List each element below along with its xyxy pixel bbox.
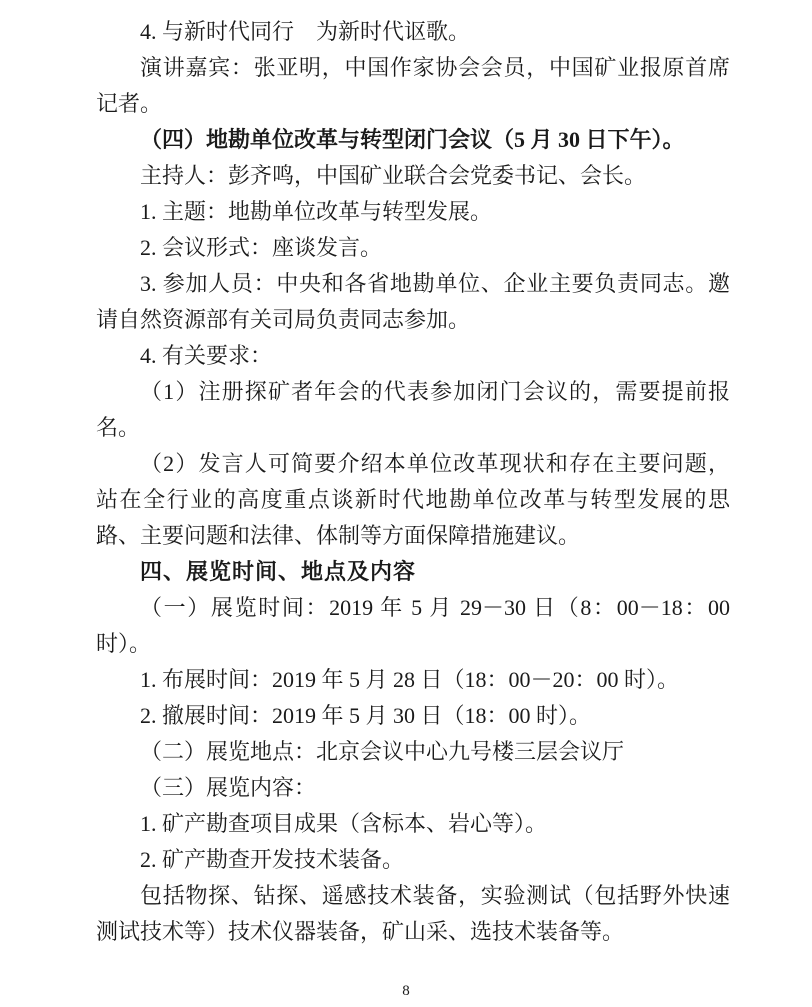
text-line: 路、主要问题和法律、体制等方面保障措施建议。: [96, 518, 730, 554]
text-line: 测试技术等）技术仪器装备，矿山采、选技术装备等。: [96, 914, 730, 950]
document-page: 4. 与新时代同行 为新时代讴歌。 演讲嘉宾：张亚明，中国作家协会会员，中国矿业…: [0, 0, 812, 1007]
text-line: 时）。: [96, 626, 730, 662]
text-line: （2）发言人可简要介绍本单位改革现状和存在主要问题，: [96, 446, 730, 482]
page-number: 8: [0, 982, 812, 1000]
section-heading: 四、展览时间、地点及内容: [96, 554, 730, 590]
text-line: 名。: [96, 410, 730, 446]
text-line: 4. 有关要求：: [96, 338, 730, 374]
subsection-heading: （四）地勘单位改革与转型闭门会议（5 月 30 日下午）。: [96, 122, 730, 158]
text-line: 2. 矿产勘查开发技术装备。: [96, 842, 730, 878]
text-line: 主持人：彭齐鸣，中国矿业联合会党委书记、会长。: [96, 158, 730, 194]
text-line: 请自然资源部有关司局负责同志参加。: [96, 302, 730, 338]
text-line: （一）展览时间：2019 年 5 月 29－30 日（8：00－18：00: [96, 590, 730, 626]
text-line: 1. 布展时间：2019 年 5 月 28 日（18：00－20：00 时）。: [96, 662, 730, 698]
text-line: 2. 会议形式：座谈发言。: [96, 230, 730, 266]
text-line: 1. 矿产勘查项目成果（含标本、岩心等）。: [96, 806, 730, 842]
text-line: 演讲嘉宾：张亚明，中国作家协会会员，中国矿业报原首席: [96, 50, 730, 86]
text-line: （三）展览内容：: [96, 770, 730, 806]
text-line: （二）展览地点：北京会议中心九号楼三层会议厅: [96, 734, 730, 770]
text-line: （1）注册探矿者年会的代表参加闭门会议的，需要提前报: [96, 374, 730, 410]
text-line: 包括物探、钻探、遥感技术装备，实验测试（包括野外快速: [96, 878, 730, 914]
text-line: 1. 主题：地勘单位改革与转型发展。: [96, 194, 730, 230]
text-line: 2. 撤展时间：2019 年 5 月 30 日（18：00 时）。: [96, 698, 730, 734]
text-line: 3. 参加人员：中央和各省地勘单位、企业主要负责同志。邀: [96, 266, 730, 302]
text-line: 记者。: [96, 86, 730, 122]
text-line: 4. 与新时代同行 为新时代讴歌。: [96, 14, 730, 50]
document-body: 4. 与新时代同行 为新时代讴歌。 演讲嘉宾：张亚明，中国作家协会会员，中国矿业…: [96, 14, 730, 950]
text-line: 站在全行业的高度重点谈新时代地勘单位改革与转型发展的思: [96, 482, 730, 518]
